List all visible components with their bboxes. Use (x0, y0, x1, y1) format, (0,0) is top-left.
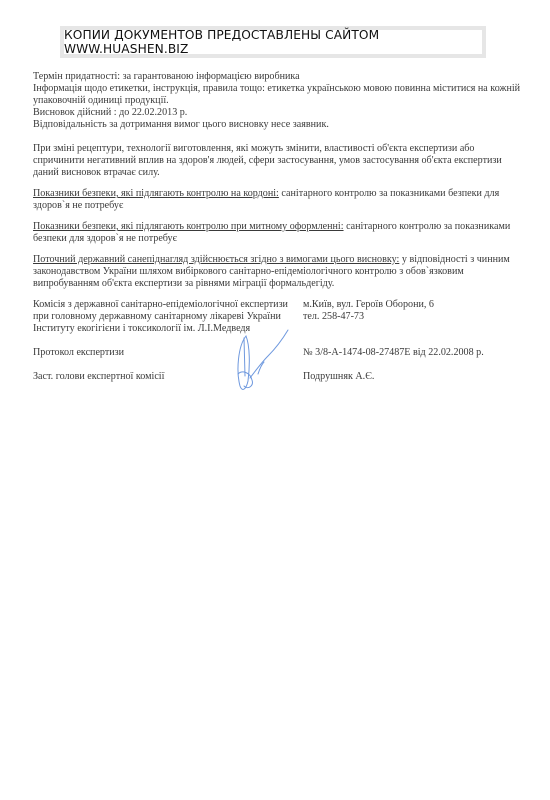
commission-line: при головному державному санітарному лік… (33, 311, 303, 323)
valid-until: Висновок дійсний : до 22.02.2013 р. (33, 107, 523, 119)
protocol-number: № 3/8-А-1474-08-27487Е від 22.02.2008 р. (303, 347, 484, 359)
commission-line: Комісія з державної санітарно-епідеміоло… (33, 299, 303, 311)
watermark-text: КОПИИ ДОКУМЕНТОВ ПРЕДОСТАВЛЕНЫ САЙТОМ WW… (64, 30, 482, 54)
watermark-banner: КОПИИ ДОКУМЕНТОВ ПРЕДОСТАВЛЕНЫ САЙТОМ WW… (60, 26, 486, 58)
supervision-label: Поточний державний санепіднагляд здійсню… (33, 254, 399, 265)
border-control-label: Показники безпеки, які підлягають контро… (33, 188, 279, 199)
protocol-label: Протокол експертизи (33, 347, 124, 359)
label-info: Інформація щодо етикетки, інструкція, пр… (33, 83, 523, 107)
deputy-label: Заст. голови експертної комісії (33, 371, 164, 383)
customs-control: Показники безпеки, які підлягають контро… (33, 221, 523, 245)
responsibility: Відповідальність за дотримання вимог цьо… (33, 119, 523, 131)
supervision: Поточний державний санепіднагляд здійсню… (33, 254, 523, 290)
customs-control-label: Показники безпеки, які підлягають контро… (33, 221, 344, 232)
commission-phone: тел. 258-47-73 (303, 311, 434, 323)
recipe-change-notice: При зміні рецептури, технології виготовл… (33, 143, 523, 179)
signature-icon (228, 326, 290, 396)
deputy-name: Подрушняк А.Є. (303, 371, 374, 383)
border-control: Показники безпеки, які підлягають контро… (33, 188, 523, 212)
shelf-life: Термін придатності: за гарантованою інфо… (33, 71, 523, 83)
commission-address: м.Київ, вул. Героїв Оборони, 6 (303, 299, 434, 311)
